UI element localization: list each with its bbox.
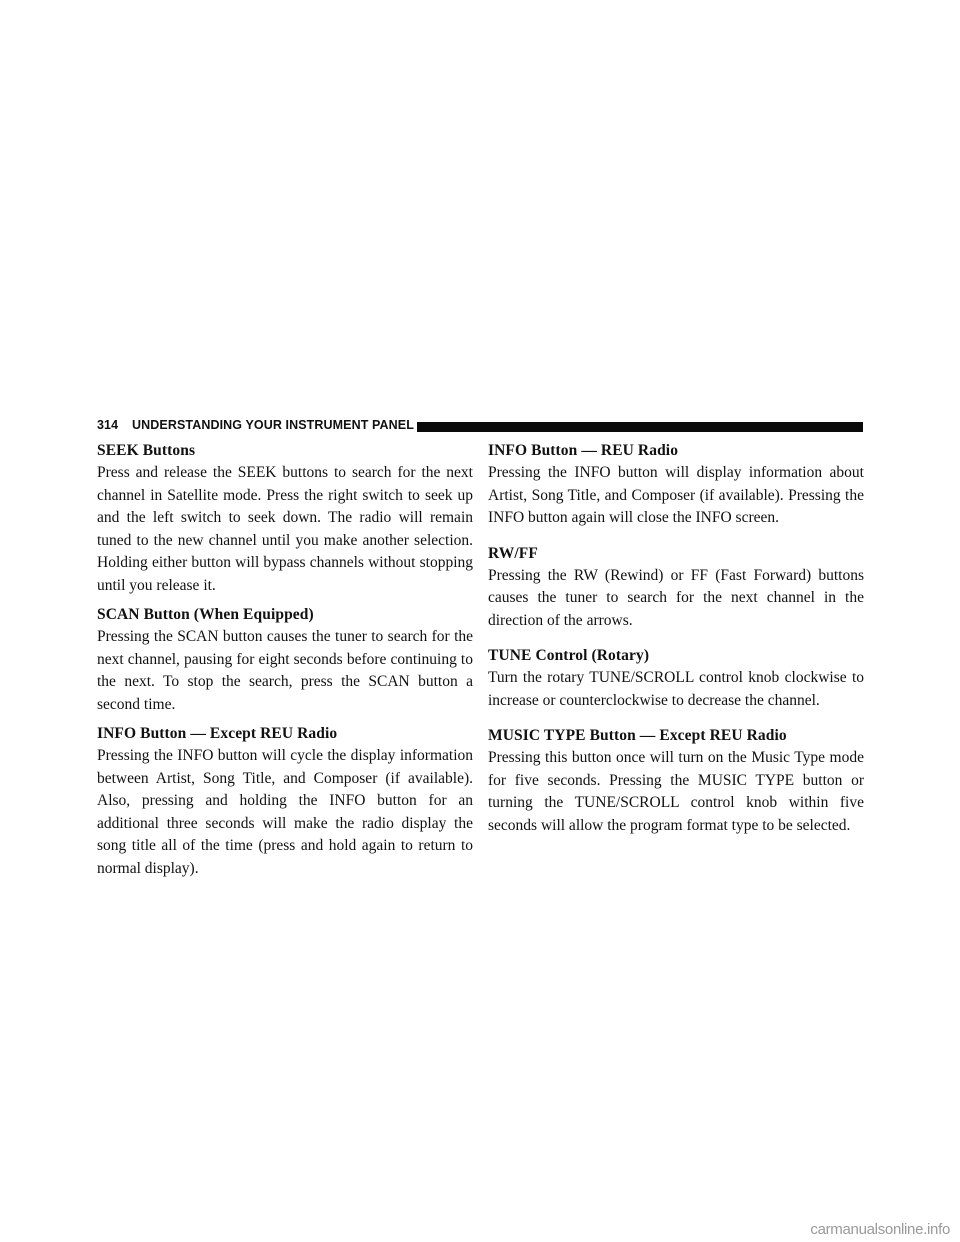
section-body: Turn the rotary TUNE/SCROLL control knob… (488, 667, 864, 712)
section-heading: MUSIC TYPE Button — Except REU Radio (488, 725, 864, 747)
section-heading: RW/FF (488, 543, 864, 565)
section-body: Pressing the INFO button will cycle the … (97, 745, 473, 880)
section-body: Pressing the SCAN button causes the tune… (97, 626, 473, 716)
right-column: INFO Button — REU Radio Pressing the INF… (488, 440, 864, 844)
section-scan-button: SCAN Button (When Equipped) Pressing the… (97, 604, 473, 716)
section-tune-control: TUNE Control (Rotary) Turn the rotary TU… (488, 645, 864, 712)
section-heading: SEEK Buttons (97, 440, 473, 462)
section-body: Press and release the SEEK buttons to se… (97, 462, 473, 597)
section-title: UNDERSTANDING YOUR INSTRUMENT PANEL (132, 418, 414, 432)
section-body: Pressing the INFO button will display in… (488, 462, 864, 530)
section-body: Pressing this button once will turn on t… (488, 747, 864, 837)
section-heading: SCAN Button (When Equipped) (97, 604, 473, 626)
section-rw-ff: RW/FF Pressing the RW (Rewind) or FF (Fa… (488, 543, 864, 633)
section-body: Pressing the RW (Rewind) or FF (Fast For… (488, 565, 864, 633)
section-music-type-button: MUSIC TYPE Button — Except REU Radio Pre… (488, 725, 864, 837)
watermark-link[interactable]: carmanualsonline.info (810, 1221, 950, 1238)
section-info-button-except-reu: INFO Button — Except REU Radio Pressing … (97, 723, 473, 880)
left-column: SEEK Buttons Press and release the SEEK … (97, 440, 473, 887)
section-seek-buttons: SEEK Buttons Press and release the SEEK … (97, 440, 473, 597)
section-heading: TUNE Control (Rotary) (488, 645, 864, 667)
section-heading: INFO Button — REU Radio (488, 440, 864, 462)
page-header: 314 UNDERSTANDING YOUR INSTRUMENT PANEL (97, 418, 863, 436)
page-number: 314 (97, 418, 118, 432)
section-info-button-reu: INFO Button — REU Radio Pressing the INF… (488, 440, 864, 530)
header-rule-bar (417, 422, 863, 432)
section-heading: INFO Button — Except REU Radio (97, 723, 473, 745)
